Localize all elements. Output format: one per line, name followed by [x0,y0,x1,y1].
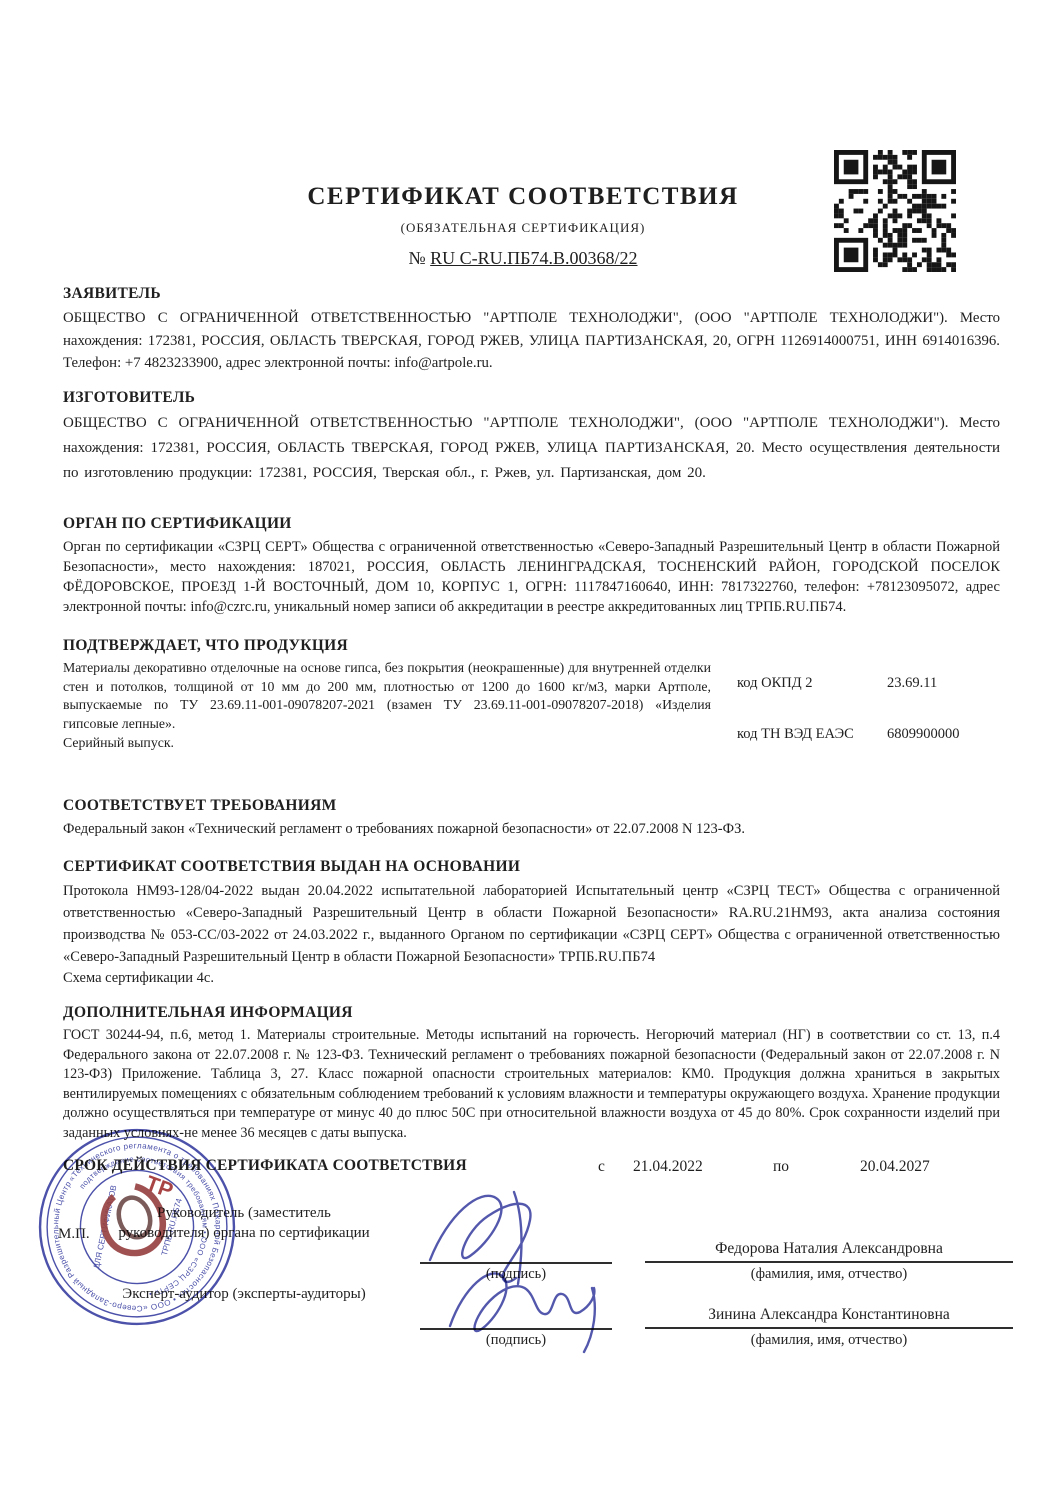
expert-name-cell: Зинина Александра Константиновна (фамили… [645,1304,1013,1349]
validity-to-label: по [773,1158,789,1176]
tnved-code-label: код ТН ВЭД ЕАЭС [737,726,887,743]
issue-basis-body: Протокола НМ93-128/04-2022 выдан 20.04.2… [63,880,1000,968]
expert-name-caption: (фамилия, имя, отчество) [645,1332,1013,1349]
section-manufacturer: ИЗГОТОВИТЕЛЬ ОБЩЕСТВО С ОГРАНИЧЕННОЙ ОТВ… [63,389,1000,486]
head-name-cell: Федорова Наталия Александровна (фамилия,… [645,1238,1013,1283]
validity-from-label: с [598,1158,605,1176]
certificate-type-subtitle: (ОБЯЗАТЕЛЬНАЯ СЕРТИФИКАЦИЯ) [63,220,983,236]
certificate-number-prefix: № [408,248,430,268]
section-additional-info: ДОПОЛНИТЕЛЬНАЯ ИНФОРМАЦИЯ ГОСТ 30244-94,… [63,1004,1000,1143]
issue-basis-heading: СЕРТИФИКАТ СООТВЕТСТВИЯ ВЫДАН НА ОСНОВАН… [63,858,1000,876]
certificate-page: СЕРТИФИКАТ СООТВЕТСТВИЯ (ОБЯЗАТЕЛЬНАЯ СЕ… [0,0,1060,1500]
section-applicant: ЗАЯВИТЕЛЬ ОБЩЕСТВО С ОГРАНИЧЕННОЙ ОТВЕТС… [63,285,1000,375]
page-title: СЕРТИФИКАТ СООТВЕТСТВИЯ [63,183,983,211]
validity-to-date: 20.04.2027 [860,1158,930,1176]
okpd-code-value: 23.69.11 [887,675,937,692]
document-header: СЕРТИФИКАТ СООТВЕТСТВИЯ (ОБЯЗАТЕЛЬНАЯ СЕ… [63,183,983,269]
product-columns: Материалы декоративно отделочные на осно… [63,659,1000,751]
tnved-code-value: 6809900000 [887,726,960,743]
product-serial-note: Серийный выпуск. [63,735,711,751]
stamp-center-mark: ТР [143,1172,176,1203]
okpd-code-label: код ОКПД 2 [737,675,887,692]
round-stamp-image: «Технического регламента о требованиях П… [36,1126,238,1328]
validity-from-date: 21.04.2022 [633,1158,703,1176]
manufacturer-heading: ИЗГОТОВИТЕЛЬ [63,389,1000,407]
certification-body-heading: ОРГАН ПО СЕРТИФИКАЦИИ [63,515,1000,533]
head-name: Федорова Наталия Александровна [645,1238,1013,1263]
additional-info-heading: ДОПОЛНИТЕЛЬНАЯ ИНФОРМАЦИЯ [63,1004,1000,1022]
manufacturer-body: ОБЩЕСТВО С ОГРАНИЧЕННОЙ ОТВЕТСТВЕННОСТЬЮ… [63,411,1000,486]
section-certification-body: ОРГАН ПО СЕРТИФИКАЦИИ Орган по сертифика… [63,515,1000,617]
certificate-number-value: RU C-RU.ПБ74.В.00368/22 [430,248,637,268]
product-heading: ПОДТВЕРЖДАЕТ, ЧТО ПРОДУКЦИЯ [63,637,1000,655]
product-description: Материалы декоративно отделочные на осно… [63,659,711,733]
section-issue-basis: СЕРТИФИКАТ СООТВЕТСТВИЯ ВЫДАН НА ОСНОВАН… [63,858,1000,987]
certificate-number: № RU C-RU.ПБ74.В.00368/22 [63,248,983,269]
expert-signature-ink [436,1256,656,1360]
okpd-code-row: код ОКПД 2 23.69.11 [737,675,997,692]
section-requirements: СООТВЕТСТВУЕТ ТРЕБОВАНИЯМ Федеральный за… [63,797,1000,840]
expert-name: Зинина Александра Константиновна [645,1304,1013,1329]
applicant-body: ОБЩЕСТВО С ОГРАНИЧЕННОЙ ОТВЕТСТВЕННОСТЬЮ… [63,307,1000,375]
product-description-column: Материалы декоративно отделочные на осно… [63,659,711,751]
requirements-heading: СООТВЕТСТВУЕТ ТРЕБОВАНИЯМ [63,797,1000,815]
requirements-body: Федеральный закон «Технический регламент… [63,819,1000,840]
tnved-code-row: код ТН ВЭД ЕАЭС 6809900000 [737,726,997,743]
certification-body-text: Орган по сертификации «СЗРЦ СЕРТ» Общест… [63,537,1000,617]
applicant-heading: ЗАЯВИТЕЛЬ [63,285,1000,303]
round-stamp: «Технического регламента о требованиях П… [36,1126,238,1328]
section-product: ПОДТВЕРЖДАЕТ, ЧТО ПРОДУКЦИЯ Материалы де… [63,637,1000,751]
head-name-caption: (фамилия, имя, отчество) [645,1266,1013,1283]
certification-scheme: Схема сертификации 4с. [63,970,1000,987]
product-codes-column: код ОКПД 2 23.69.11 код ТН ВЭД ЕАЭС 6809… [737,659,997,751]
